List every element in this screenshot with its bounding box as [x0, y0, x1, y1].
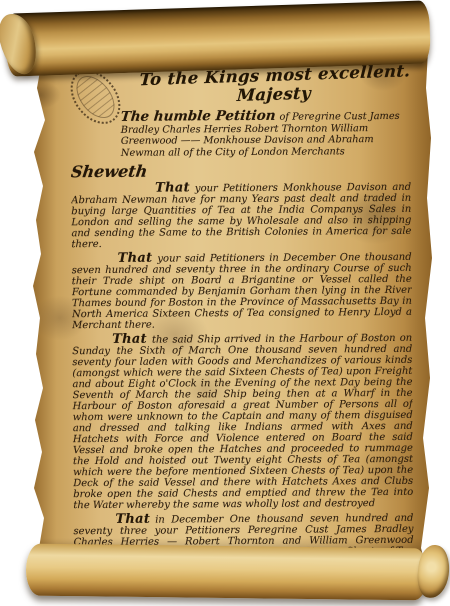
sheweth-heading: Sheweth — [70, 163, 162, 182]
petition-paragraph: Thatthe said Ship arrived in the Harbour… — [72, 332, 413, 511]
paragraph-text: the said Ship arrived in the Harbour of … — [72, 333, 413, 511]
paragraph-lead: That — [118, 251, 153, 266]
petition-paragraph: Thatyour said Petitioners in December On… — [72, 251, 413, 331]
petition-paragraph: Thatyour Petitioners Monkhouse Davison a… — [71, 181, 411, 250]
parchment-scroll: To the Kings most excellent. Majesty The… — [0, 0, 450, 606]
oval-stamp-inner — [70, 69, 122, 125]
petition-preamble: The humble Petitionof Peregrine Cust Jam… — [121, 109, 409, 159]
parchment-body: To the Kings most excellent. Majesty The… — [28, 48, 432, 564]
paragraph-lead: That — [112, 332, 147, 347]
document-text: To the Kings most excellent. Majesty The… — [70, 61, 413, 565]
paragraph-text: your Petitioners Monkhouse Davison and A… — [71, 182, 411, 250]
paragraph-lead: That — [155, 180, 190, 195]
scroll-bottom-roll — [26, 544, 429, 601]
paragraph-lead: That — [115, 512, 150, 527]
scroll-top-roll — [5, 0, 431, 76]
petition-lead: The humble Petition — [120, 110, 276, 124]
